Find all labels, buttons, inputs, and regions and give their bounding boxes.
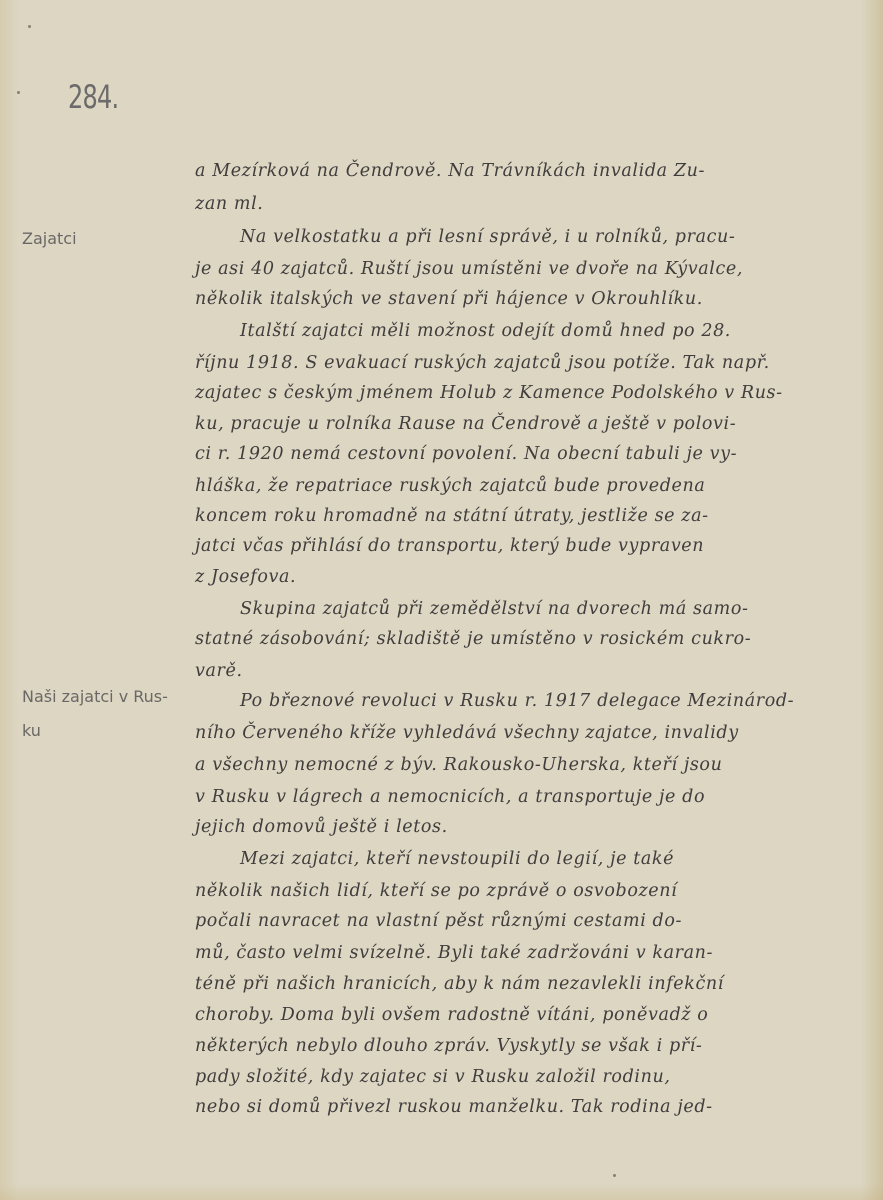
margin-note-nasi-zajatci: Naši zajatci v Rus- [22,680,202,714]
text-line: Skupina zajatců při zemědělství na dvore… [240,598,748,620]
text-line: nebo si domů přivezl ruskou manželku. Ta… [195,1096,713,1118]
text-line: mů, často velmi svízelně. Byli také zadr… [195,942,713,964]
paper-speck [17,91,20,94]
text-line: varě. [195,660,243,682]
text-line: některých nebylo dlouho zpráv. Vyskytly … [195,1035,702,1057]
text-line: koncem roku hromadně na státní útraty, j… [195,505,709,527]
text-line: je asi 40 zajatců. Ruští jsou umístěni v… [195,258,743,280]
text-line: téně při našich hranicích, aby k nám nez… [195,973,724,995]
text-line: počali navracet na vlastní pěst různými … [195,910,682,932]
manuscript-page: 284. ZajatciNaši zajatci v Rus-ku a Mezí… [0,0,883,1200]
text-line: ního Červeného kříže vyhledává všechny z… [195,722,739,744]
text-line: hláška, že repatriace ruských zajatců bu… [195,475,705,497]
text-line: Mezi zajatci, kteří nevstoupili do legií… [240,848,674,870]
text-line: a všechny nemocné z býv. Rakousko-Uhersk… [195,754,722,776]
text-line: Na velkostatku a při lesní správě, i u r… [240,226,735,248]
text-line: jatci včas přihlásí do transportu, který… [195,535,704,557]
page-number: 284. [68,78,118,116]
paper-speck [613,1174,616,1177]
text-line: říjnu 1918. S evakuací ruských zajatců j… [195,352,770,374]
text-line: v Rusku v lágrech a nemocnicích, a trans… [195,786,705,808]
text-line: Po březnové revoluci v Rusku r. 1917 del… [240,690,794,712]
text-line: Italští zajatci měli možnost odejít domů… [240,320,731,342]
text-line: pady složité, kdy zajatec si v Rusku zal… [195,1066,670,1088]
text-line: statné zásobování; skladiště je umístěno… [195,628,751,650]
margin-note-nasi-zajatci-2: ku [22,714,202,748]
text-line: zan ml. [195,193,263,215]
text-line: ci r. 1920 nemá cestovní povolení. Na ob… [195,443,737,465]
text-line: jejich domovů ještě i letos. [195,816,448,838]
text-line: několik našich lidí, kteří se po zprávě … [195,880,677,902]
text-line: z Josefova. [195,566,296,588]
text-line: zajatec s českým jménem Holub z Kamence … [195,382,783,404]
text-line: choroby. Doma byli ovšem radostně vítáni… [195,1004,708,1026]
margin-note-zajatci: Zajatci [22,222,202,256]
text-line: a Mezírková na Čendrově. Na Trávníkách i… [195,160,705,182]
text-line: ku, pracuje u rolníka Rause na Čendrově … [195,413,736,435]
paper-speck [28,25,31,28]
text-line: několik italských ve stavení při hájence… [195,288,703,310]
